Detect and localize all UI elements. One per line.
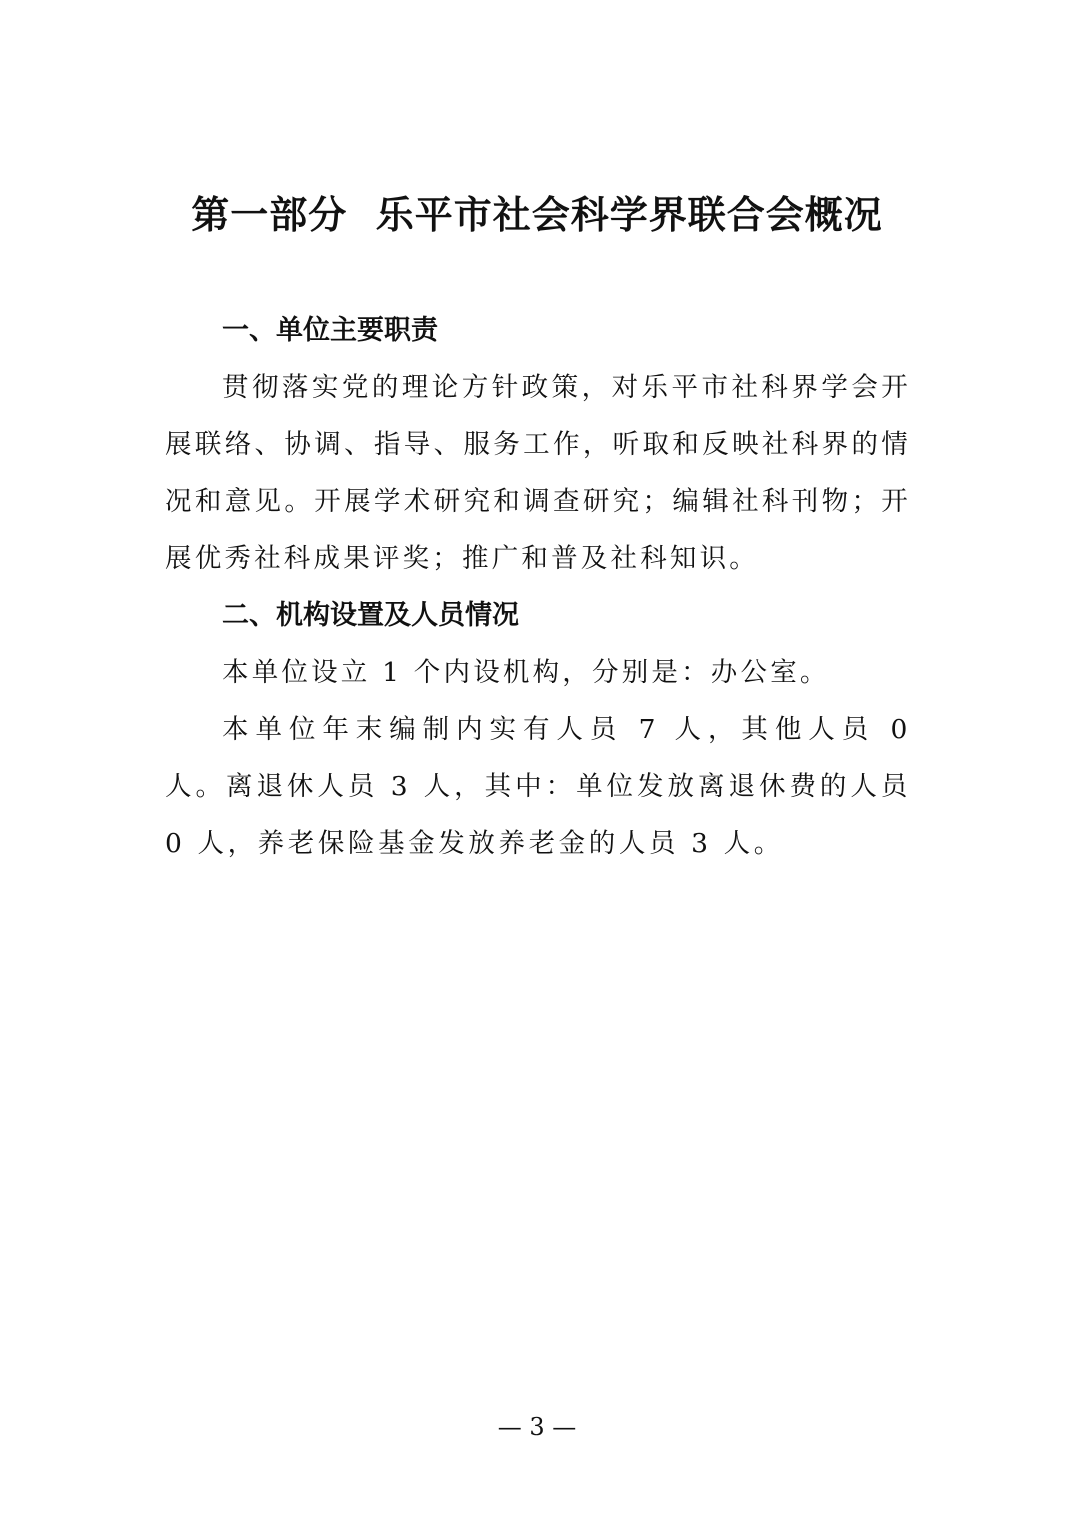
document-body: 一、单位主要职责 贯彻落实党的理论方针政策，对乐平市社科界学会开展联络、协调、指… <box>165 302 911 872</box>
section-heading-organization: 二、机构设置及人员情况 <box>165 587 911 644</box>
paragraph-duties: 贯彻落实党的理论方针政策，对乐平市社科界学会开展联络、协调、指导、服务工作，听取… <box>165 359 911 587</box>
page-title: 第一部分 乐平市社会科学界联合会概况 <box>0 190 1074 240</box>
page-number: — 3 — <box>0 1410 1074 1444</box>
paragraph-departments: 本单位设立 1 个内设机构，分别是：办公室。 <box>165 644 911 701</box>
paragraph-staffing: 本单位年末编制内实有人员 7 人，其他人员 0 人。离退休人员 3 人，其中：单… <box>165 701 911 872</box>
section-heading-duties: 一、单位主要职责 <box>165 302 911 359</box>
